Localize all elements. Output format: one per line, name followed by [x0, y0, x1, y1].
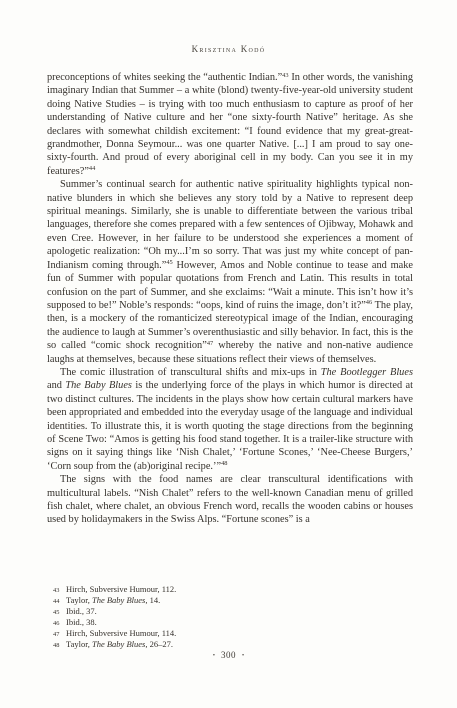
- footnote: 46Ibid., 38.: [53, 617, 413, 628]
- footnote-reference: 47: [207, 340, 213, 347]
- text-run: and: [47, 380, 65, 391]
- italic-title: The Baby Blues: [92, 639, 145, 649]
- text-run: Ibid., 38.: [66, 617, 97, 627]
- text-run: Summer’s continual search for authentic …: [47, 179, 413, 270]
- footnote-text: Ibid., 37.: [66, 606, 413, 617]
- footnote-text: Ibid., 38.: [66, 617, 413, 628]
- footnote: 47Hirch, Subversive Humour, 114.: [53, 628, 413, 639]
- page-number-dot-left: •: [213, 653, 215, 659]
- text-run: In other words, the vanishing imaginary …: [47, 72, 413, 177]
- footnote-reference: 44: [89, 165, 95, 172]
- text-run: Hirch, Subversive Humour, 114.: [66, 628, 176, 638]
- text-run: , 26–27.: [145, 639, 173, 649]
- footnote-number: 48: [53, 640, 66, 651]
- footnote-text: Taylor, The Baby Blues, 14.: [66, 595, 413, 606]
- text-run: , 14.: [145, 595, 160, 605]
- text-run: Hirch, Subversive Humour, 112.: [66, 584, 176, 594]
- footnote-text: Taylor, The Baby Blues, 26–27.: [66, 639, 413, 650]
- book-page: Krisztina Kodó preconceptions of whites …: [0, 0, 457, 708]
- page-number-value: 300: [215, 650, 242, 660]
- paragraph: preconceptions of whites seeking the “au…: [47, 71, 413, 178]
- footnote-text: Hirch, Subversive Humour, 112.: [66, 584, 413, 595]
- footnote-reference: 46: [366, 299, 372, 306]
- paragraph: The comic illustration of transcultural …: [47, 366, 413, 473]
- footnote-reference: 43: [282, 72, 288, 79]
- running-header-author: Krisztina Kodó: [0, 44, 457, 54]
- italic-title: The Bootlegger Blues: [321, 367, 413, 378]
- text-run: Taylor,: [66, 595, 92, 605]
- italic-title: The Baby Blues: [92, 595, 145, 605]
- footnote-reference: 45: [166, 259, 172, 266]
- text-run: Ibid., 37.: [66, 606, 97, 616]
- footnote-number: 44: [53, 596, 66, 607]
- footnote: 48Taylor, The Baby Blues, 26–27.: [53, 639, 413, 650]
- footnote-number: 45: [53, 607, 66, 618]
- footnote-number: 46: [53, 618, 66, 629]
- footnote: 45Ibid., 37.: [53, 606, 413, 617]
- text-run: The signs with the food names are clear …: [47, 474, 413, 525]
- text-run: is the underlying force of the plays in …: [47, 380, 413, 471]
- footnotes-block: 43Hirch, Subversive Humour, 112.44Taylor…: [47, 584, 413, 650]
- text-run: Taylor,: [66, 639, 92, 649]
- italic-title: The Baby Blues: [65, 380, 132, 391]
- paragraph: The signs with the food names are clear …: [47, 473, 413, 527]
- page-number: •300•: [0, 650, 457, 660]
- text-run: preconceptions of whites seeking the “au…: [47, 72, 282, 83]
- paragraph: Summer’s continual search for authentic …: [47, 178, 413, 366]
- text-run: The comic illustration of transcultural …: [60, 367, 321, 378]
- body-text: preconceptions of whites seeking the “au…: [47, 71, 413, 527]
- footnote-text: Hirch, Subversive Humour, 114.: [66, 628, 413, 639]
- footnote-number: 43: [53, 585, 66, 596]
- page-number-dot-right: •: [242, 653, 244, 659]
- footnote: 43Hirch, Subversive Humour, 112.: [53, 584, 413, 595]
- footnote-number: 47: [53, 629, 66, 640]
- footnote: 44Taylor, The Baby Blues, 14.: [53, 595, 413, 606]
- footnote-reference: 48: [221, 460, 227, 467]
